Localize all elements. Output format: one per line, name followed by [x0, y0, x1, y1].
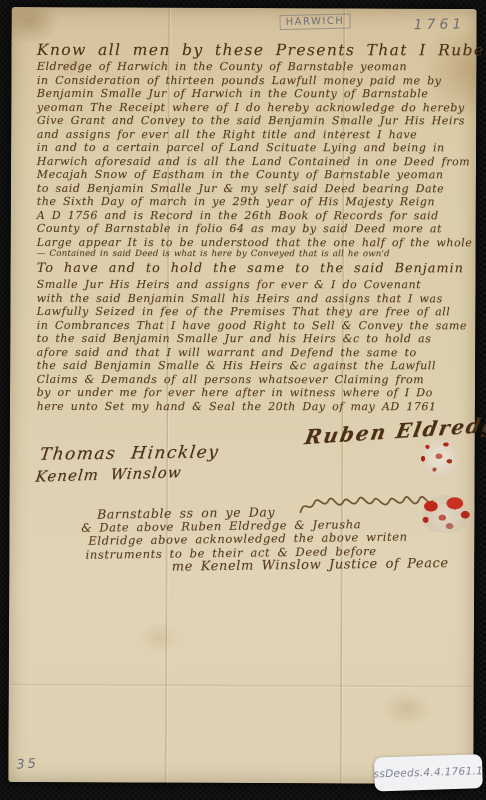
deed-text-line: the Sixth Day of march in ye 29th year o… — [37, 195, 467, 209]
catalog-label-text: ssDeeds.4.4.1761.1 — [373, 765, 483, 780]
deed-text-line: — Contained in said Deed is what is here… — [37, 249, 467, 259]
deed-text-line: Lawfully Seized in fee of the Premises T… — [37, 305, 467, 319]
deed-text-line: by or under me for ever here after in wi… — [37, 386, 467, 400]
deed-document-paper: HARWICH 1761 Know all men by these Prese… — [8, 7, 476, 784]
photograph-background: HARWICH 1761 Know all men by these Prese… — [0, 0, 486, 800]
deed-text-line: Large appear It is to be understood that… — [37, 235, 467, 249]
deed-text-line: Claims & Demands of all persons whatsoev… — [37, 372, 467, 386]
deed-text-line: Know all men by these Presents That I Ru… — [37, 41, 467, 60]
deed-text-line: the said Benjamin Smalle & His Heirs &c … — [37, 359, 467, 373]
witness-signature-hinckley: Thomas Hinckley — [38, 442, 220, 464]
deed-text-line: afore said and that I will warrant and D… — [37, 345, 467, 359]
fold-crease-horizontal — [9, 683, 474, 689]
deed-text-line: here unto Set my hand & Seal the 20th Da… — [37, 399, 467, 413]
deed-text-line: Eldredge of Harwich in the County of Bar… — [37, 60, 467, 74]
year-annotation: 1761 — [414, 17, 466, 34]
witness-signature-winslow: Kenelm Winslow — [35, 463, 183, 486]
deed-text-line: Mecajah Snow of Eastham in the County of… — [37, 168, 467, 182]
deed-text-line: with the said Benjamin Small his Heirs a… — [37, 291, 467, 305]
harwich-stamp-annotation: HARWICH — [279, 14, 350, 31]
deed-text-line: County of Barnstable in folio 64 as may … — [37, 222, 467, 236]
deed-text-line: and assigns for ever all the Right title… — [37, 127, 467, 141]
deed-text-line: in and to a certain parcel of Land Scitu… — [37, 141, 467, 155]
deed-body-text: Know all men by these Presents That I Ru… — [37, 41, 467, 413]
deed-text-line: Harwich aforesaid and is all the Land Co… — [37, 154, 467, 168]
catalog-label: ssDeeds.4.4.1761.1 — [374, 754, 483, 791]
deed-text-line: Give Grant and Convey to the said Benjam… — [37, 114, 467, 128]
deed-text-line: in Combrances That I have good Right to … — [37, 318, 467, 332]
deed-text-line: To have and to hold the same to the said… — [37, 259, 467, 278]
grantor-signature: Ruben Eldredg — [303, 412, 486, 449]
wax-seal-faded — [418, 437, 462, 479]
deed-text-line: yeoman The Receipt where of I do hereby … — [37, 100, 467, 114]
archive-number-annotation: 35 — [16, 756, 39, 772]
deed-text-line: Benjamin Smalle Jur of Harwich in the Co… — [37, 87, 467, 101]
deed-text-line: Smalle Jur His Heirs and assigns for eve… — [37, 278, 467, 292]
deed-text-line: to said Benjamin Smalle Jur & my self sa… — [37, 181, 467, 195]
deed-text-line: in Consideration of thirteen pounds Lawf… — [37, 73, 467, 87]
acknowledgment-line: me Kenelm Winslow Justice of Peace — [172, 556, 482, 576]
deed-text-line: A D 1756 and is Record in the 26th Book … — [37, 208, 467, 222]
acknowledgment-text: Barnstable ss on ye Day& Date above Rube… — [81, 502, 482, 577]
deed-text-line: to the said Benjamin Smalle Jur and his … — [37, 332, 467, 346]
